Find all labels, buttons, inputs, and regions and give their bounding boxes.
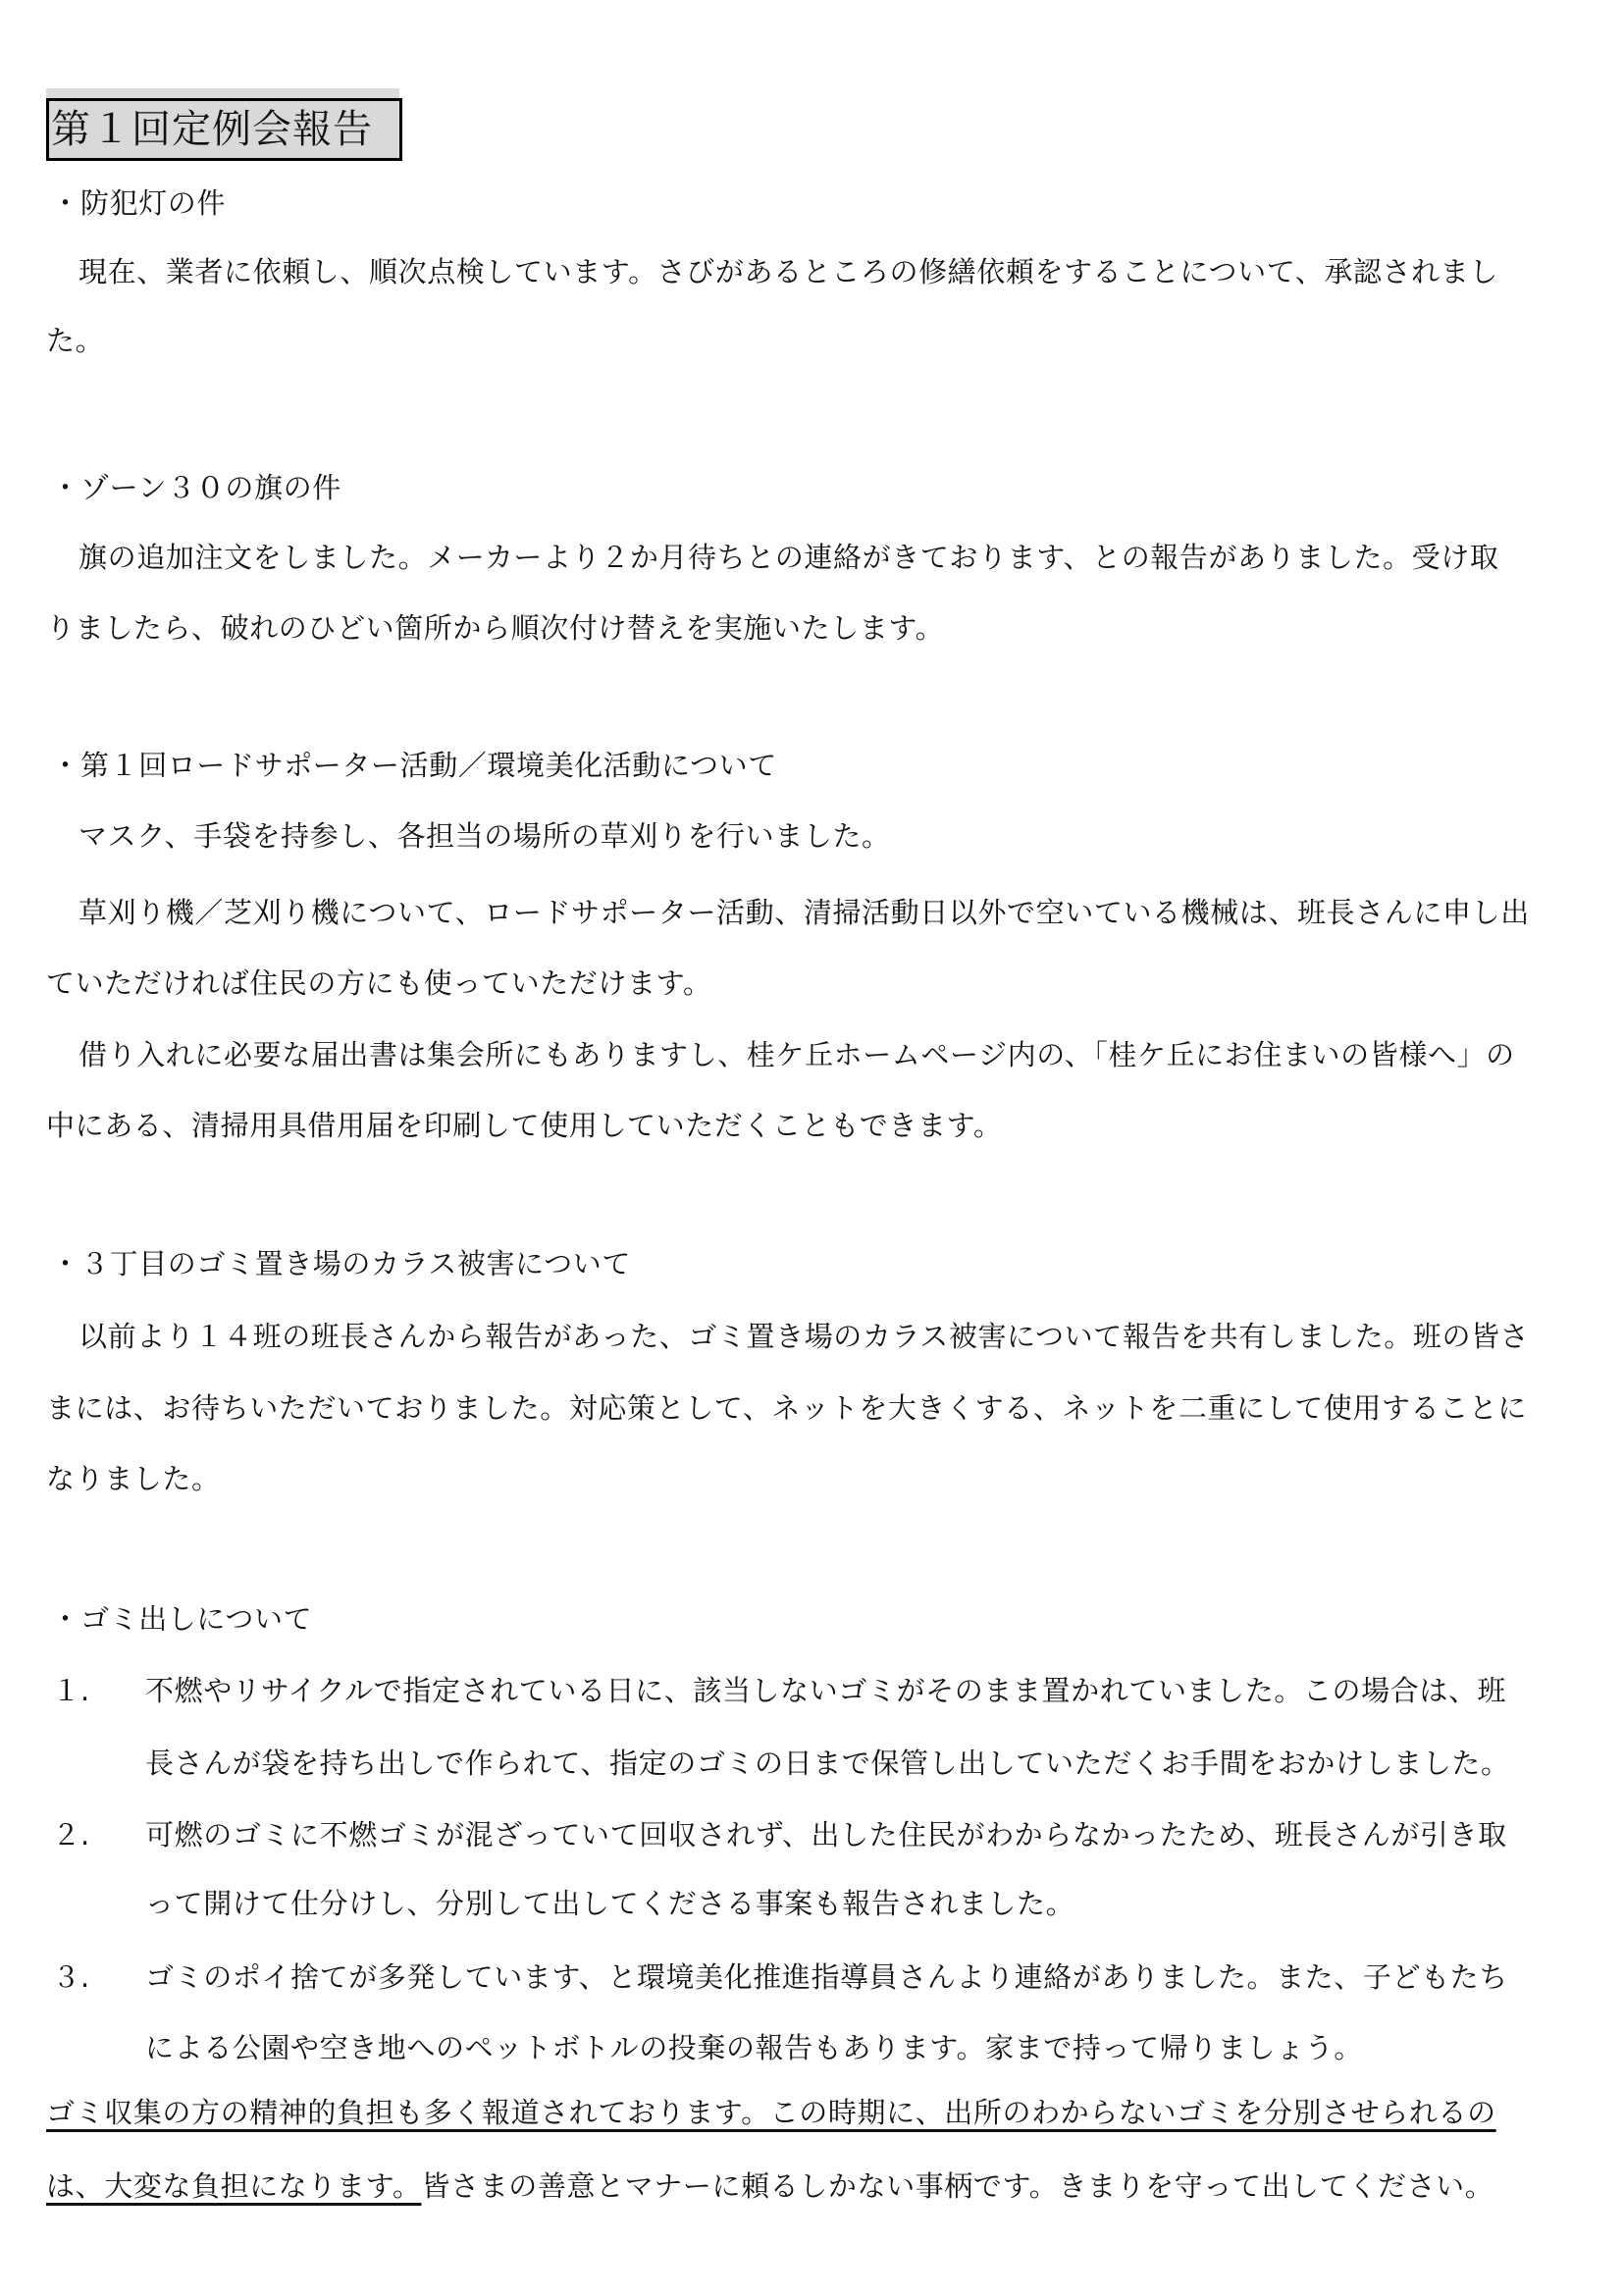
heading-text: ３丁目のゴミ置き場のカラス被害について	[80, 1247, 631, 1280]
bullet-icon: ・	[51, 1244, 80, 1283]
list-number: ２.	[52, 1815, 89, 1854]
paragraph-line: 旗の追加注文をしました。メーカーより２か月待ちとの連絡がきております、との報告が…	[79, 538, 1499, 577]
title-shading	[46, 88, 399, 98]
section-heading-garbage: ・ゴミ出しについて	[51, 1599, 312, 1639]
bullet-icon: ・	[51, 1599, 80, 1639]
section-heading-road-supporter: ・第１回ロードサポーター活動／環境美化活動について	[51, 746, 777, 785]
paragraph-line: まには、お待ちいただいておりました。対応策として、ネットを大きくする、ネットを二…	[46, 1388, 1527, 1428]
underlined-text: ゴミ収集の方の精神的負担も多く報道されております。この時期に、出所のわからないゴ…	[46, 2096, 1496, 2129]
list-item-line: って開けて仕分けし、分別して出してくださる事案も報告されました。	[145, 1884, 1074, 1923]
list-item-line: による公園や空き地へのペットボトルの投棄の報告もあります。家まで持って帰りましょ…	[145, 2028, 1363, 2067]
paragraph-line: マスク、手袋を持参し、各担当の場所の草刈りを行いました。	[79, 816, 891, 856]
bullet-icon: ・	[51, 183, 80, 223]
list-number: ３.	[52, 1957, 89, 1997]
paragraph-line: なりました。	[46, 1459, 221, 1498]
section-heading-streetlights: ・防犯灯の件	[51, 183, 226, 223]
list-number: １.	[52, 1671, 89, 1710]
list-item-line: 可燃のゴミに不燃ゴミが混ざっていて回収されず、出した住民がわからなかったため、班…	[145, 1815, 1507, 1854]
closing-line: ゴミ収集の方の精神的負担も多く報道されております。この時期に、出所のわからないゴ…	[46, 2093, 1496, 2132]
paragraph-line: りましたら、破れのひどい箇所から順次付け替えを実施いたします。	[46, 608, 944, 648]
paragraph-line: 中にある、清掃用具借用届を印刷して使用していただくこともできます。	[46, 1106, 1002, 1145]
heading-text: 防犯灯の件	[80, 186, 226, 220]
paragraph-line: 現在、業者に依頼し、順次点検しています。さびがあるところの修繕依頼をすることにつ…	[79, 252, 1498, 291]
closing-line: は、大変な負担になります。皆さまの善意とマナーに頼るしかない事柄です。きまりを守…	[46, 2166, 1493, 2206]
heading-text: 第１回ロードサポーター活動／環境美化活動について	[80, 749, 777, 782]
paragraph-line: 以前より１４班の班長さんから報告があった、ゴミ置き場のカラス被害について報告を共…	[79, 1317, 1529, 1356]
section-heading-zone30-flags: ・ゾーン３０の旗の件	[51, 468, 341, 507]
page-title: 第１回定例会報告	[46, 98, 402, 161]
underlined-text: は、大変な負担になります。	[46, 2169, 421, 2203]
closing-text: 皆さまの善意とマナーに頼るしかない事柄です。きまりを守って出してください。	[421, 2169, 1493, 2203]
paragraph-line: ていただければ住民の方にも使っていただけます。	[46, 964, 711, 1003]
paragraph-line: 借り入れに必要な届出書は集会所にもありますし、桂ケ丘ホームページ内の、「桂ケ丘に…	[79, 1035, 1515, 1074]
paragraph-line: 草刈り機／芝刈り機について、ロードサポーター活動、清掃活動日以外で空いている機械…	[79, 893, 1530, 932]
heading-text: ゾーン３０の旗の件	[80, 471, 341, 504]
list-item-line: 長さんが袋を持ち出しで作られて、指定のゴミの日まで保管し出していただくお手間をお…	[145, 1744, 1510, 1783]
bullet-icon: ・	[51, 746, 80, 785]
list-item-line: ゴミのポイ捨てが多発しています、と環境美化推進指導員さんより連絡がありました。ま…	[145, 1957, 1508, 1997]
list-item-line: 不燃やリサイクルで指定されている日に、該当しないゴミがそのまま置かれていました。…	[145, 1671, 1506, 1710]
bullet-icon: ・	[51, 468, 80, 507]
section-heading-crow-damage: ・３丁目のゴミ置き場のカラス被害について	[51, 1244, 631, 1283]
paragraph-line: た。	[46, 321, 104, 360]
heading-text: ゴミ出しについて	[80, 1602, 312, 1636]
